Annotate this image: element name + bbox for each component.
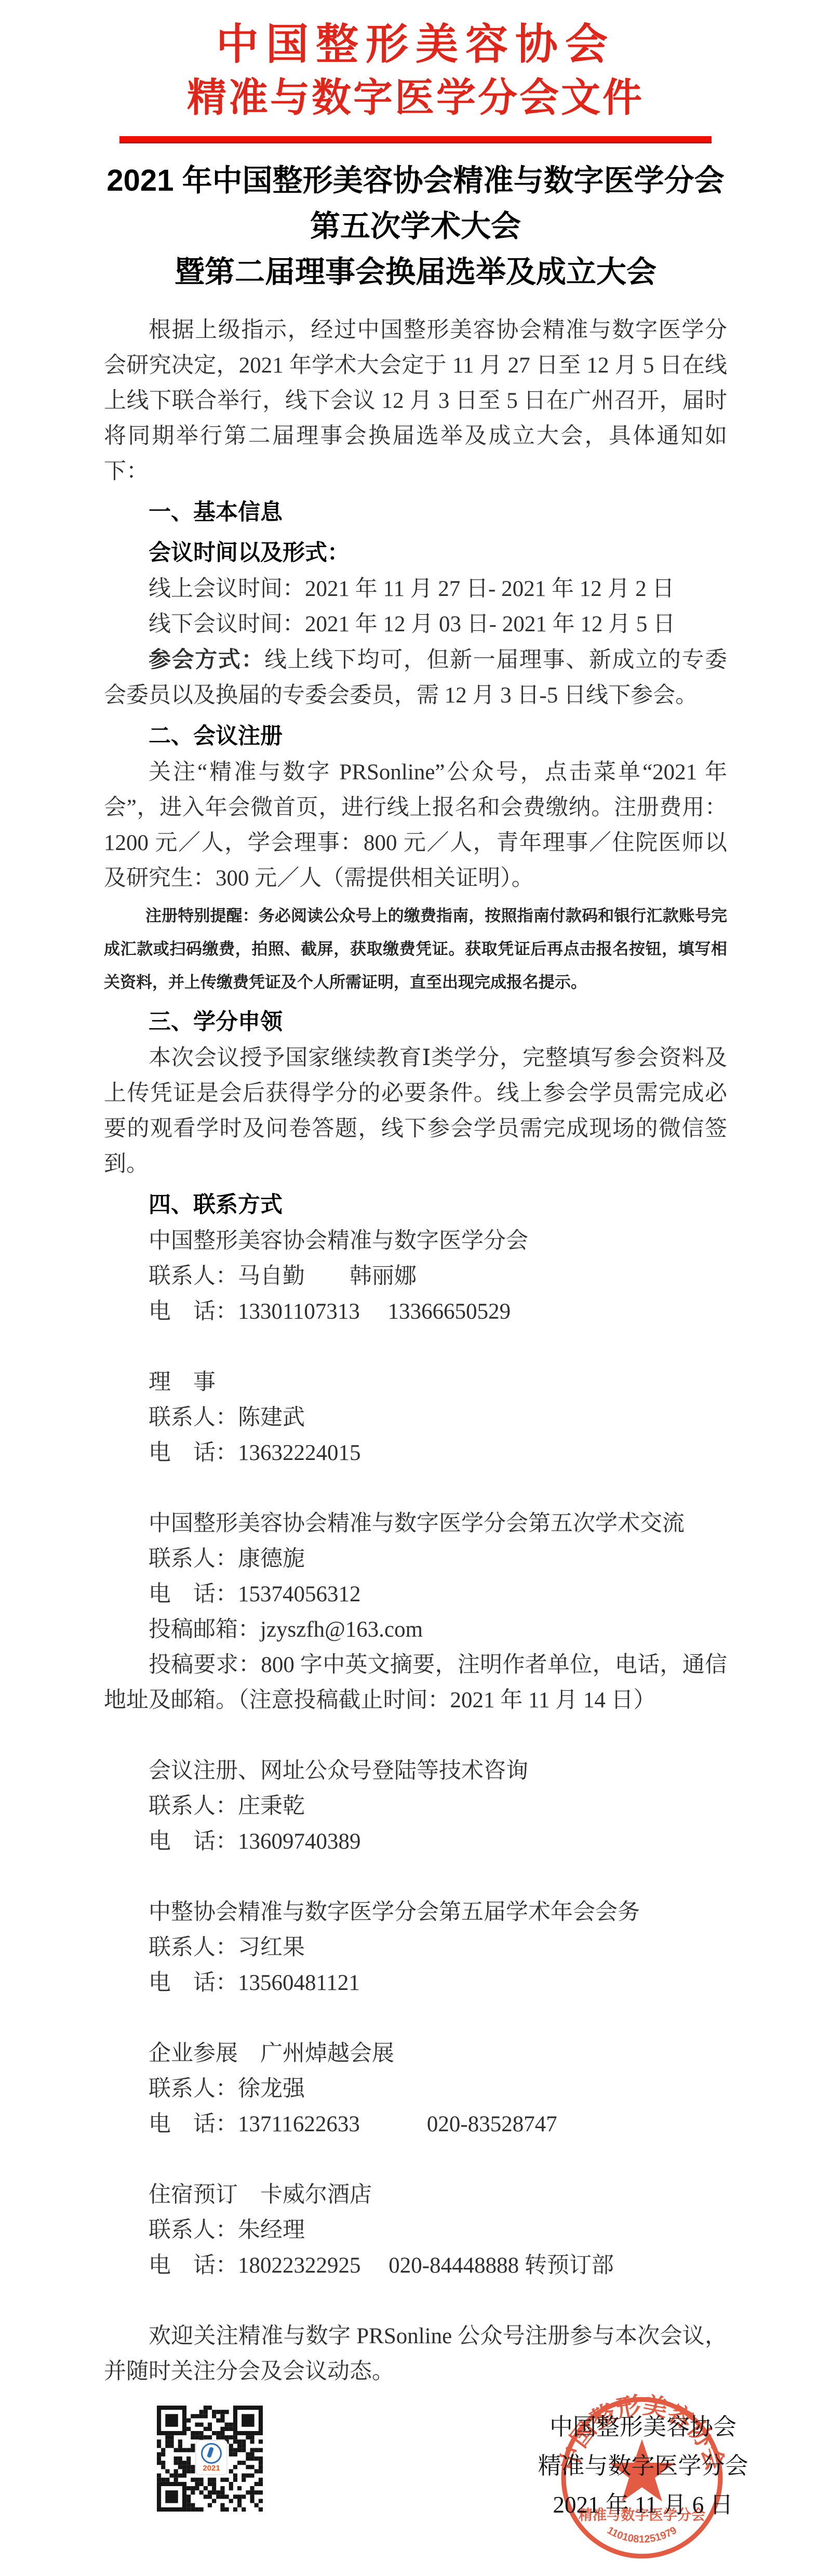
paragraph: 企业参展 广州焯越会展 [104,2036,727,2072]
document-title: 2021 年中国整形美容协会精准与数字医学分会 第五次学术大会 暨第二届理事会换… [0,158,831,295]
paragraph: 电 话：18022322925 020-84448888 转预订部 [104,2248,727,2283]
document-page: 中国整形美容协会 精准与数字医学分会文件 2021 年中国整形美容协会精准与数字… [0,0,831,2576]
paragraph: 中国整形美容协会精准与数字医学分会第五次学术交流 [104,1506,727,1542]
paragraph: 投稿要求：800 字中英文摘要，注明作者单位，电话，通信地址及邮箱。（注意投稿截… [104,1648,727,1718]
paragraph: 参会方式：线上线下均可，但新一届理事、新成立的专委会委员以及换届的专委会委员，需… [104,642,727,713]
paragraph: 注册特别提醒：务必阅读公众号上的缴费指南，按照指南付款码和银行汇款账号完成汇款或… [104,899,727,999]
section-heading: 会议时间以及形式： [104,535,727,570]
signature-branch: 精准与数字医学分会 [534,2447,752,2486]
svg-text:1101081251979: 1101081251979 [605,2525,679,2545]
section-heading: 四、联系方式 [104,1187,727,1223]
document-footer: 2021 中国整形美容协会 精准与数字医学分会 1101081251979 [0,2358,831,2576]
spacer [104,2283,727,2319]
spacer [104,2142,727,2177]
association-emblem-icon [201,2443,222,2464]
paragraph: 投稿邮箱：jzyszfh@163.com [104,1612,727,1648]
paragraph: 会议注册、网址公众号登陆等技术咨询 [104,1754,727,1789]
paragraph: 关注“精准与数字 PRSonline”公众号，点击菜单“2021 年会”，进入年… [104,755,727,896]
signature-org: 中国整形美容协会 [534,2408,752,2447]
title-line1: 2021 年中国整形美容协会精准与数字医学分会 [0,158,831,204]
signature-date: 2021 年 11 月 6 日 [534,2486,752,2525]
letterhead-rule [119,136,712,143]
spacer [104,1330,727,1365]
paragraph: 中国整形美容协会精准与数字医学分会 [104,1224,727,1259]
paragraph: 联系人：朱经理 [104,2213,727,2248]
paragraph: 电 话：13560481121 [104,1966,727,2001]
letterhead-org-line2: 精准与数字医学分会文件 [0,75,831,122]
section-heading: 三、学分申领 [104,1004,727,1040]
spacer [104,1718,727,1754]
letterhead-org-line1: 中国整形美容协会 [0,20,831,70]
paragraph: 电 话：15374056312 [104,1577,727,1612]
paragraph: 联系人：习红果 [104,1930,727,1966]
paragraph: 线下会议时间：2021 年 12 月 03 日- 2021 年 12 月 5 日 [104,607,727,642]
paragraph: 住宿预订 卡威尔酒店 [104,2177,727,2213]
qr-center-logo: 2021 [195,2440,227,2475]
paragraph: 中整协会精准与数字医学分会第五届学术年会会务 [104,1895,727,1930]
qr-code: 2021 [157,2406,263,2512]
paragraph: 联系人：马自勤 韩丽娜 [104,1259,727,1294]
title-line3: 暨第二届理事会换届选举及成立大会 [0,249,831,295]
spacer [104,2001,727,2036]
paragraph: 线上会议时间：2021 年 11 月 27 日- 2021 年 12 月 2 日 [104,572,727,607]
paragraph: 根据上级指示，经过中国整形美容协会精准与数字医学分会研究决定，2021 年学术大… [104,313,727,489]
letterhead: 中国整形美容协会 精准与数字医学分会文件 [0,0,831,143]
seal-serial-number: 1101081251979 [605,2525,679,2545]
signature-block: 中国整形美容协会 精准与数字医学分会 2021 年 11 月 6 日 [534,2408,752,2525]
spacer [104,1471,727,1506]
paragraph: 理 事 [104,1365,727,1400]
paragraph: 电 话：13609740389 [104,1824,727,1860]
paragraph: 联系人：陈建武 [104,1400,727,1436]
section-heading: 二、会议注册 [104,719,727,754]
paragraph: 联系人：庄秉乾 [104,1789,727,1824]
qr-logo-year: 2021 [196,2464,226,2473]
paragraph: 本次会议授予国家继续教育Ⅰ类学分，完整填写参会资料及上传凭证是会后获得学分的必要… [104,1041,727,1182]
paragraph: 电 话：13711622633 020-83528747 [104,2107,727,2142]
paragraph: 电 话：13301107313 13366650529 [104,1294,727,1330]
spacer [104,1860,727,1895]
title-line2: 第五次学术大会 [0,204,831,249]
document-body: 根据上级指示，经过中国整形美容协会精准与数字医学分会研究决定，2021 年学术大… [104,313,727,2389]
paragraph: 电 话：13632224015 [104,1436,727,1471]
paragraph: 联系人：徐龙强 [104,2072,727,2107]
section-heading: 一、基本信息 [104,495,727,530]
paragraph: 联系人：康德旎 [104,1542,727,1577]
